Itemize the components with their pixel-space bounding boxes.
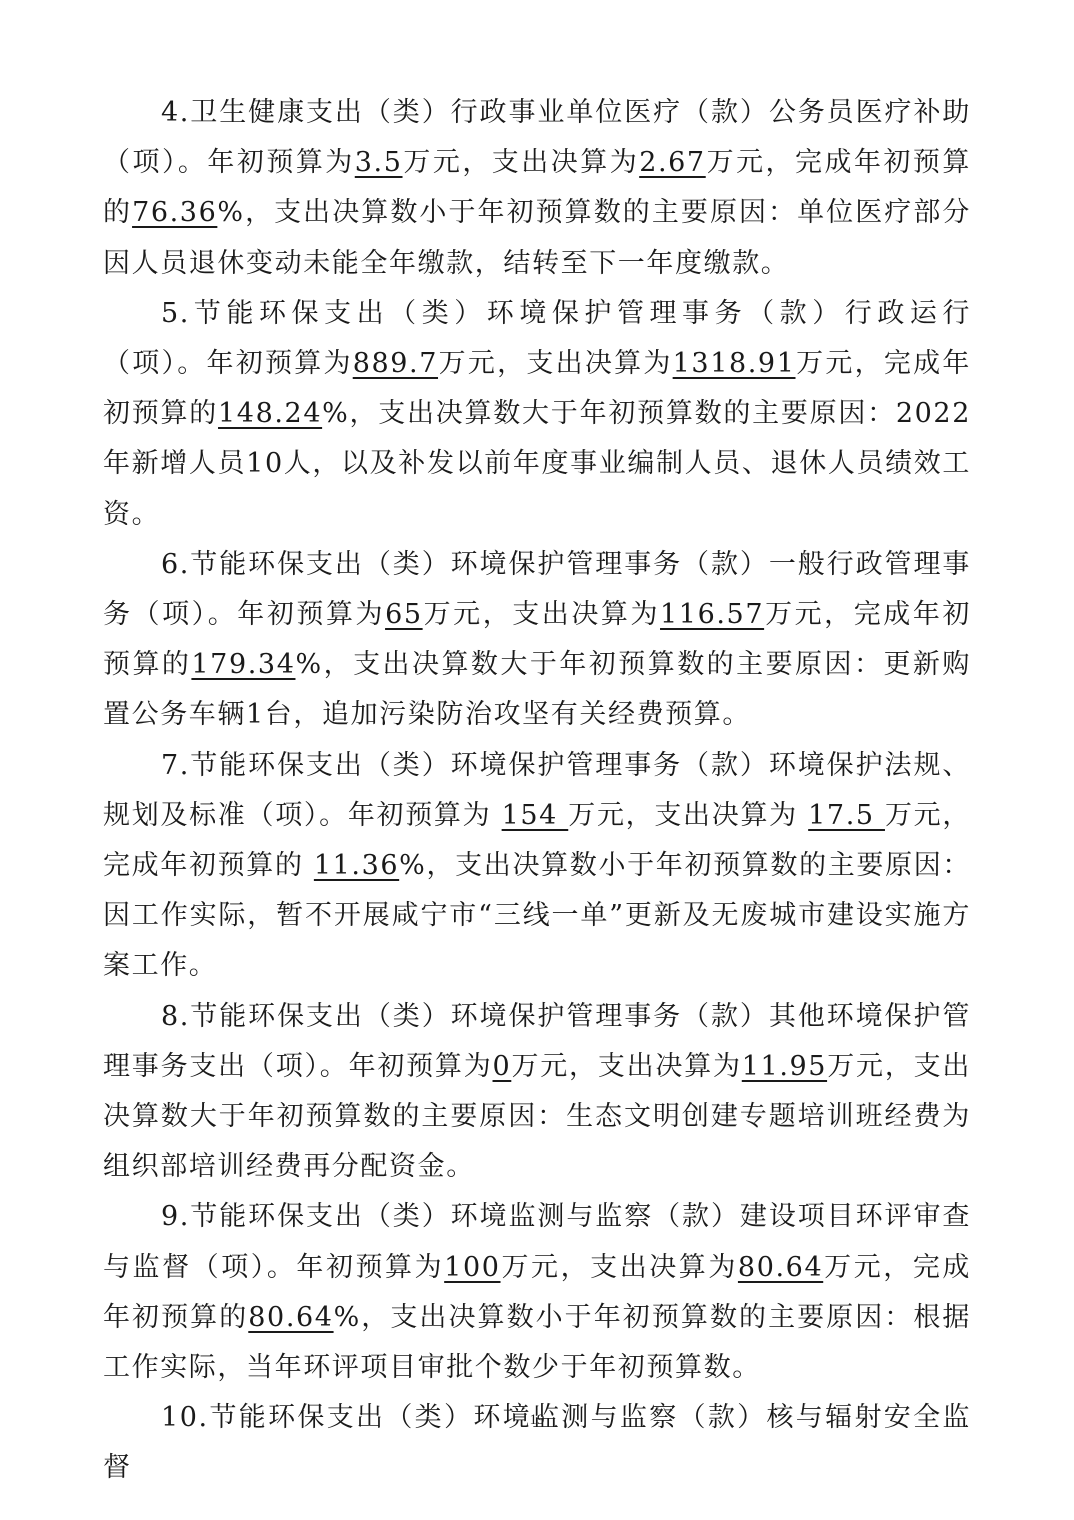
- paragraph-text: 万元，支出决算为: [568, 800, 808, 831]
- paragraph-item-8: 8.节能环保支出（类）环境保护管理事务（款）其他环境保护管理事务支出（项）。年初…: [103, 992, 971, 1193]
- underlined-figure: 76.36: [132, 197, 217, 228]
- underlined-figure: 2.67: [639, 147, 706, 178]
- paragraph-text: 万元，支出决算为: [511, 1051, 741, 1082]
- underlined-figure: 11.95: [742, 1051, 827, 1082]
- underlined-figure: 65: [385, 599, 423, 630]
- paragraph-text: 万元，支出决算为: [403, 147, 640, 178]
- underlined-figure: 80.64: [248, 1302, 333, 1333]
- paragraph-item-4: 4.卫生健康支出（类）行政事业单位医疗（款）公务员医疗补助（项）。年初预算为3.…: [103, 88, 971, 289]
- underlined-figure: 889.7: [353, 348, 438, 379]
- underlined-figure: 3.5: [355, 147, 403, 178]
- paragraph-item-7: 7.节能环保支出（类）环境保护管理事务（款）环境保护法规、规划及标准（项）。年初…: [103, 741, 971, 992]
- underlined-figure: 80.64: [738, 1252, 823, 1283]
- document-body: 4.卫生健康支出（类）行政事业单位医疗（款）公务员医疗补助（项）。年初预算为3.…: [103, 88, 971, 1494]
- paragraph-text: 万元，支出决算为: [501, 1252, 738, 1283]
- underlined-figure: 179.34: [191, 649, 295, 680]
- paragraph-item-10: 10.节能环保支出（类）环境监测与监察（款）核与辐射安全监督: [103, 1393, 971, 1493]
- underlined-figure: 148.24: [218, 398, 322, 429]
- paragraph-text: %，支出决算数小于年初预算数的主要原因：单位医疗部分因人员退休变动未能全年缴款，…: [103, 197, 971, 278]
- underlined-figure: 100: [444, 1252, 500, 1283]
- underlined-figure: 154: [502, 800, 569, 831]
- underlined-figure: 1318.91: [673, 348, 796, 379]
- paragraph-item-6: 6.节能环保支出（类）环境保护管理事务（款）一般行政管理事务（项）。年初预算为6…: [103, 540, 971, 741]
- underlined-figure: 116.57: [660, 599, 764, 630]
- paragraph-text: 万元，支出决算为: [423, 599, 660, 630]
- underlined-figure: 0: [493, 1051, 512, 1082]
- underlined-figure: 17.5: [808, 800, 885, 831]
- page-number: 19: [0, 1412, 1074, 1429]
- paragraph-item-9: 9.节能环保支出（类）环境监测与监察（款）建设项目环评审查与监督（项）。年初预算…: [103, 1192, 971, 1393]
- underlined-figure: 11.36: [314, 850, 399, 881]
- paragraph-item-5: 5.节能环保支出（类）环境保护管理事务（款）行政运行（项）。年初预算为889.7…: [103, 289, 971, 540]
- paragraph-text: 万元，支出决算为: [438, 348, 673, 379]
